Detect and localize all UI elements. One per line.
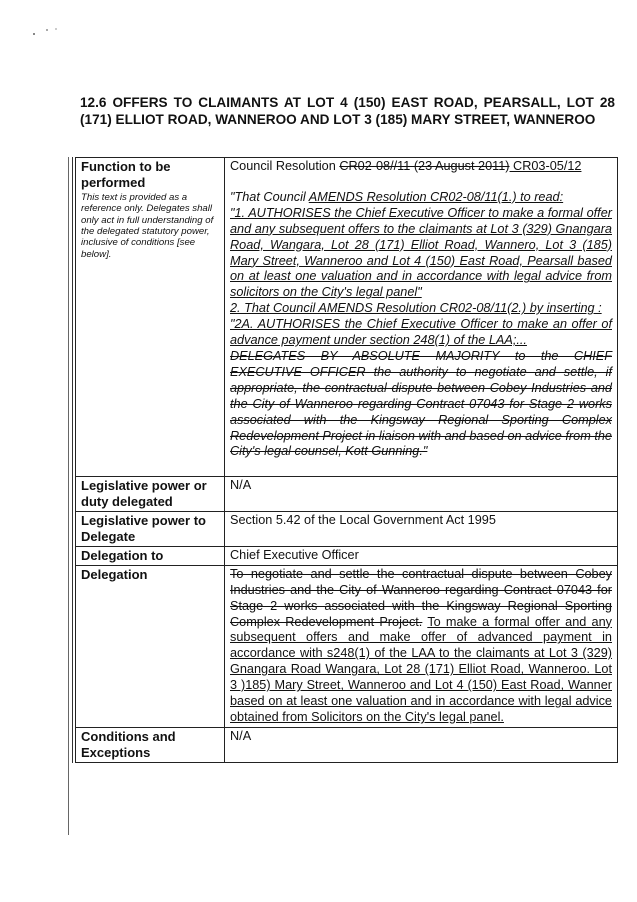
resolution-item-2a: "2A. AUTHORISES the Chief Executive Offi… <box>230 317 612 349</box>
table-row-delegation: Delegation To negotiate and settle the c… <box>76 565 618 727</box>
scan-speck <box>33 33 35 35</box>
legislative-power-label: Legislative power or duty delegated <box>76 477 225 512</box>
delegation-to-value: Chief Executive Officer <box>225 546 618 565</box>
delegation-table-wrapper: Function to be performed This text is pr… <box>72 157 623 763</box>
quote-intro-plain: "That Council <box>230 190 309 204</box>
legislative-power-to-delegate-label: Legislative power to Delegate <box>76 512 225 547</box>
resolution-item-2: 2. That Council AMENDS Resolution CR02-0… <box>230 301 612 317</box>
table-row-function: Function to be performed This text is pr… <box>76 158 618 477</box>
function-label: Function to be performed <box>81 159 171 190</box>
resolution-item-1: "1. AUTHORISES the Chief Executive Offic… <box>230 206 612 301</box>
delegation-to-label: Delegation to <box>76 546 225 565</box>
delegation-label: Delegation <box>76 565 225 727</box>
legislative-power-value: N/A <box>225 477 618 512</box>
delegation-value: To negotiate and settle the contractual … <box>225 565 618 727</box>
table-row-legislative-power-to-delegate: Legislative power to Delegate Section 5.… <box>76 512 618 547</box>
function-label-cell: Function to be performed This text is pr… <box>76 158 225 477</box>
resolution-struck: CR02-08//11 (23 August 2011) <box>339 159 509 173</box>
resolution-prefix: Council Resolution <box>230 159 339 173</box>
table-row-legislative-power: Legislative power or duty delegated N/A <box>76 477 618 512</box>
conditions-value: N/A <box>225 727 618 762</box>
struck-delegation: DELEGATES BY ABSOLUTE MAJORITY to the CH… <box>230 349 612 460</box>
table-row-conditions: Conditions and Exceptions N/A <box>76 727 618 762</box>
scan-speck <box>55 28 57 30</box>
resolution-new: CR03-05/12 <box>510 159 582 173</box>
reference-note: This text is provided as a reference onl… <box>81 192 219 260</box>
item-heading: 12.6 OFFERS TO CLAIMANTS AT LOT 4 (150) … <box>80 95 615 128</box>
function-value-cell: Council Resolution CR02-08//11 (23 Augus… <box>225 158 618 477</box>
conditions-label: Conditions and Exceptions <box>76 727 225 762</box>
quote-intro-underlined: AMENDS Resolution CR02-08/11(1.) to read… <box>309 190 563 204</box>
delegation-inserted: To make a formal offer and any subsequen… <box>230 615 612 724</box>
council-resolution: Council Resolution CR02-08//11 (23 Augus… <box>230 159 612 175</box>
quote-intro: "That Council AMENDS Resolution CR02-08/… <box>230 190 612 206</box>
scan-speck <box>46 29 48 31</box>
delegation-table: Function to be performed This text is pr… <box>75 157 618 763</box>
table-row-delegation-to: Delegation to Chief Executive Officer <box>76 546 618 565</box>
legislative-power-to-delegate-value: Section 5.42 of the Local Government Act… <box>225 512 618 547</box>
margin-change-bar <box>68 157 69 835</box>
